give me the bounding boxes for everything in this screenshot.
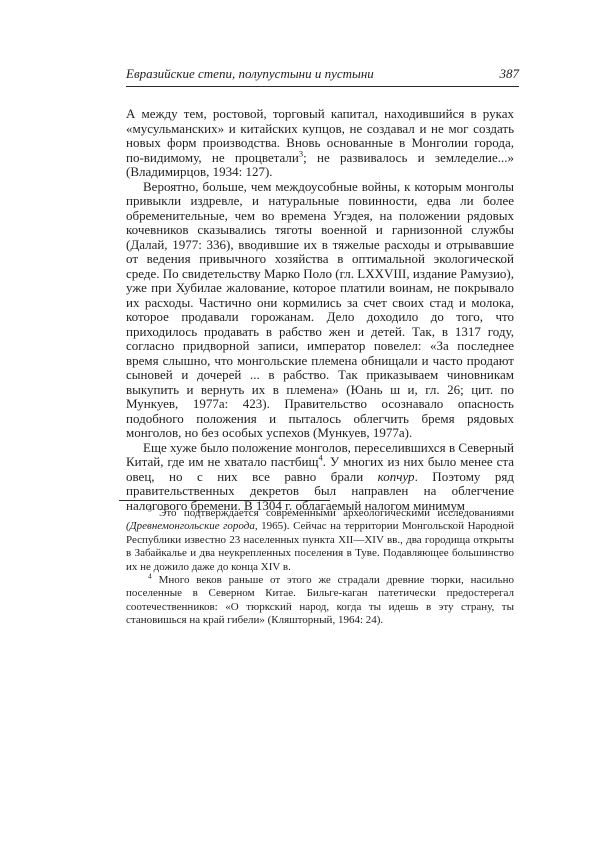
body-paragraph: А между тем, ростовой, торговый капитал,… bbox=[126, 107, 514, 180]
body-paragraph: Еще хуже было положение монголов, пересе… bbox=[126, 441, 514, 514]
book-page: Евразийские степи, полупустыни и пустыни… bbox=[0, 0, 600, 849]
body-paragraph: Вероятно, больше, чем междоусобные войны… bbox=[126, 180, 514, 441]
footnotes-block: 3 Это подтверждается современными археол… bbox=[126, 507, 514, 628]
footnote: 4 Много веков раньше от этого же страдал… bbox=[126, 574, 514, 628]
page-number: 387 bbox=[500, 66, 520, 82]
running-header-title: Евразийские степи, полупустыни и пустыни bbox=[126, 66, 374, 82]
body-text-block: А между тем, ростовой, торговый капитал,… bbox=[126, 107, 514, 513]
running-header: Евразийские степи, полупустыни и пустыни… bbox=[126, 66, 519, 87]
footnote: 3 Это подтверждается современными археол… bbox=[126, 507, 514, 574]
footnote-separator bbox=[119, 500, 330, 501]
